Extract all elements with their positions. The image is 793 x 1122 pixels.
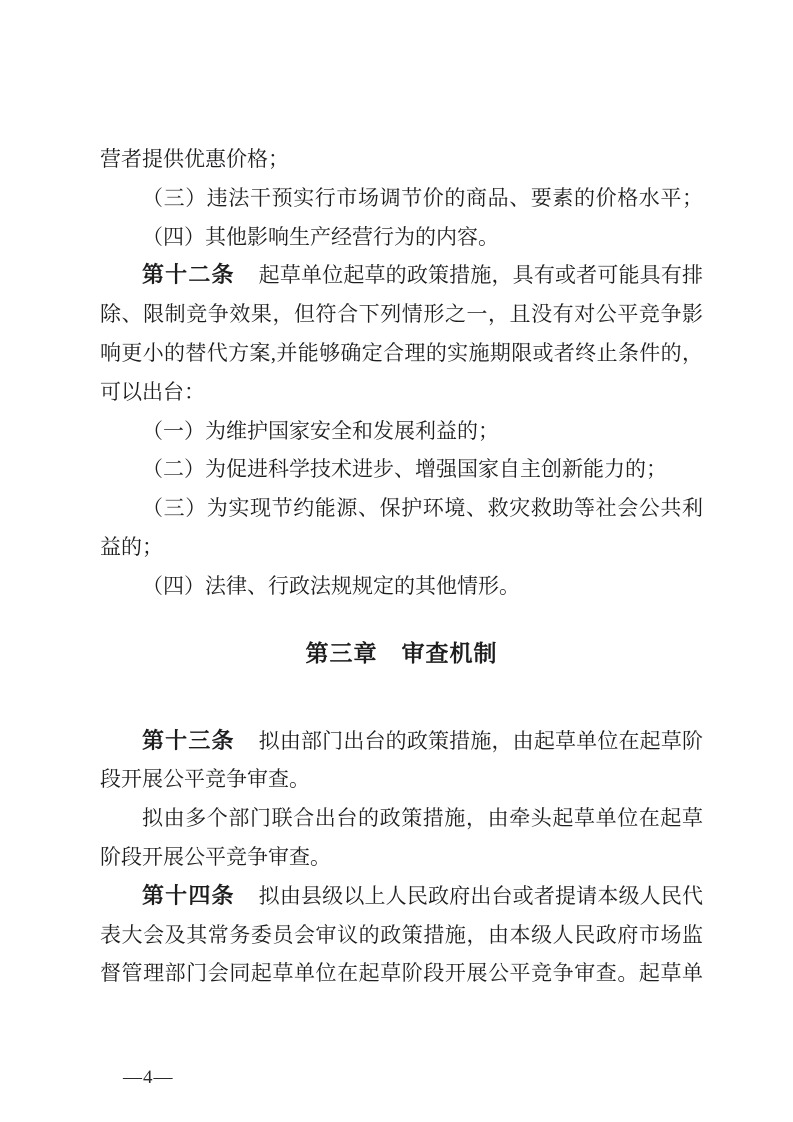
line-text: 起草单位起草的政策措施，具有或者可能具有排 <box>259 263 703 287</box>
line-text: （四）其他影响生产经营行为的内容。 <box>142 225 499 249</box>
line-article13-body: 段开展公平竞争审查。 <box>100 760 703 799</box>
line-article12-item-2: （二）为促进科学技术进步、增强国家自主创新能力的； <box>100 450 703 489</box>
chapter-heading: 第三章 审查机制 <box>100 633 703 673</box>
line-text: 督管理部门会同起草单位在起草阶段开展公平竞争审查。起草单 <box>100 961 703 985</box>
line-text: （一）为维护国家安全和发展利益的； <box>142 419 499 443</box>
line-item-3: （三）违法干预实行市场调节价的商品、要素的价格水平； <box>100 179 703 218</box>
line-text: 可以出台： <box>100 380 205 404</box>
page-number: —4— <box>123 1066 174 1090</box>
line-text: 除、限制竞争效果，但符合下列情形之一，且没有对公平竞争影 <box>100 302 703 326</box>
line-article12-opening: 第十二条起草单位起草的政策措施，具有或者可能具有排 <box>100 256 703 295</box>
line-text: 响更小的替代方案,并能够确定合理的实施期限或者终止条件的， <box>100 341 703 365</box>
line-paragraph-continuation: 营者提供优惠价格； <box>100 140 703 179</box>
line-article14-body: 督管理部门会同起草单位在起草阶段开展公平竞争审查。起草单 <box>100 954 703 993</box>
line-article13-paragraph2: 拟由多个部门联合出台的政策措施，由牵头起草单位在起草 <box>100 799 703 838</box>
line-text: （四）法律、行政法规规定的其他情形。 <box>142 574 520 598</box>
line-text: 拟由多个部门联合出台的政策措施，由牵头起草单位在起草 <box>142 806 703 830</box>
line-article12-body: 除、限制竞争效果，但符合下列情形之一，且没有对公平竞争影 <box>100 295 703 334</box>
article14-number: 第十四条 <box>142 883 235 908</box>
line-article13-paragraph2-continuation: 阶段开展公平竞争审查。 <box>100 838 703 877</box>
line-text: （三）为实现节约能源、保护环境、救灾救助等社会公共利 <box>142 496 703 520</box>
document-body: 营者提供优惠价格； （三）违法干预实行市场调节价的商品、要素的价格水平； （四）… <box>100 140 703 993</box>
line-article13-opening: 第十三条拟由部门出台的政策措施，由起草单位在起草阶 <box>100 722 703 761</box>
line-article12-body: 响更小的替代方案,并能够确定合理的实施期限或者终止条件的， <box>100 334 703 373</box>
article13-number: 第十三条 <box>142 728 235 753</box>
line-text: 营者提供优惠价格； <box>100 147 289 171</box>
line-item-4: （四）其他影响生产经营行为的内容。 <box>100 218 703 257</box>
line-text: 阶段开展公平竞争审查。 <box>100 845 331 869</box>
line-article14-body: 表大会及其常务委员会审议的政策措施，由本级人民政府市场监 <box>100 916 703 955</box>
line-text: 表大会及其常务委员会审议的政策措施，由本级人民政府市场监 <box>100 923 703 947</box>
line-text: 拟由县级以上人民政府出台或者提请本级人民代 <box>259 884 703 908</box>
line-article14-opening: 第十四条拟由县级以上人民政府出台或者提请本级人民代 <box>100 877 703 916</box>
article12-number: 第十二条 <box>142 262 235 287</box>
line-article12-item-4: （四）法律、行政法规规定的其他情形。 <box>100 567 703 606</box>
line-text: 段开展公平竞争审查。 <box>100 767 310 791</box>
line-text: （三）违法干预实行市场调节价的商品、要素的价格水平； <box>142 186 703 210</box>
line-article12-item-3-continuation: 益的； <box>100 528 703 567</box>
line-text: 拟由部门出台的政策措施，由起草单位在起草阶 <box>259 729 703 753</box>
line-article12-item-3: （三）为实现节约能源、保护环境、救灾救助等社会公共利 <box>100 489 703 528</box>
line-text: （二）为促进科学技术进步、增强国家自主创新能力的； <box>142 457 667 481</box>
line-article12-body: 可以出台： <box>100 373 703 412</box>
line-text: 益的； <box>100 535 163 559</box>
document-page: 营者提供优惠价格； （三）违法干预实行市场调节价的商品、要素的价格水平； （四）… <box>0 0 793 1122</box>
line-article12-item-1: （一）为维护国家安全和发展利益的； <box>100 412 703 451</box>
